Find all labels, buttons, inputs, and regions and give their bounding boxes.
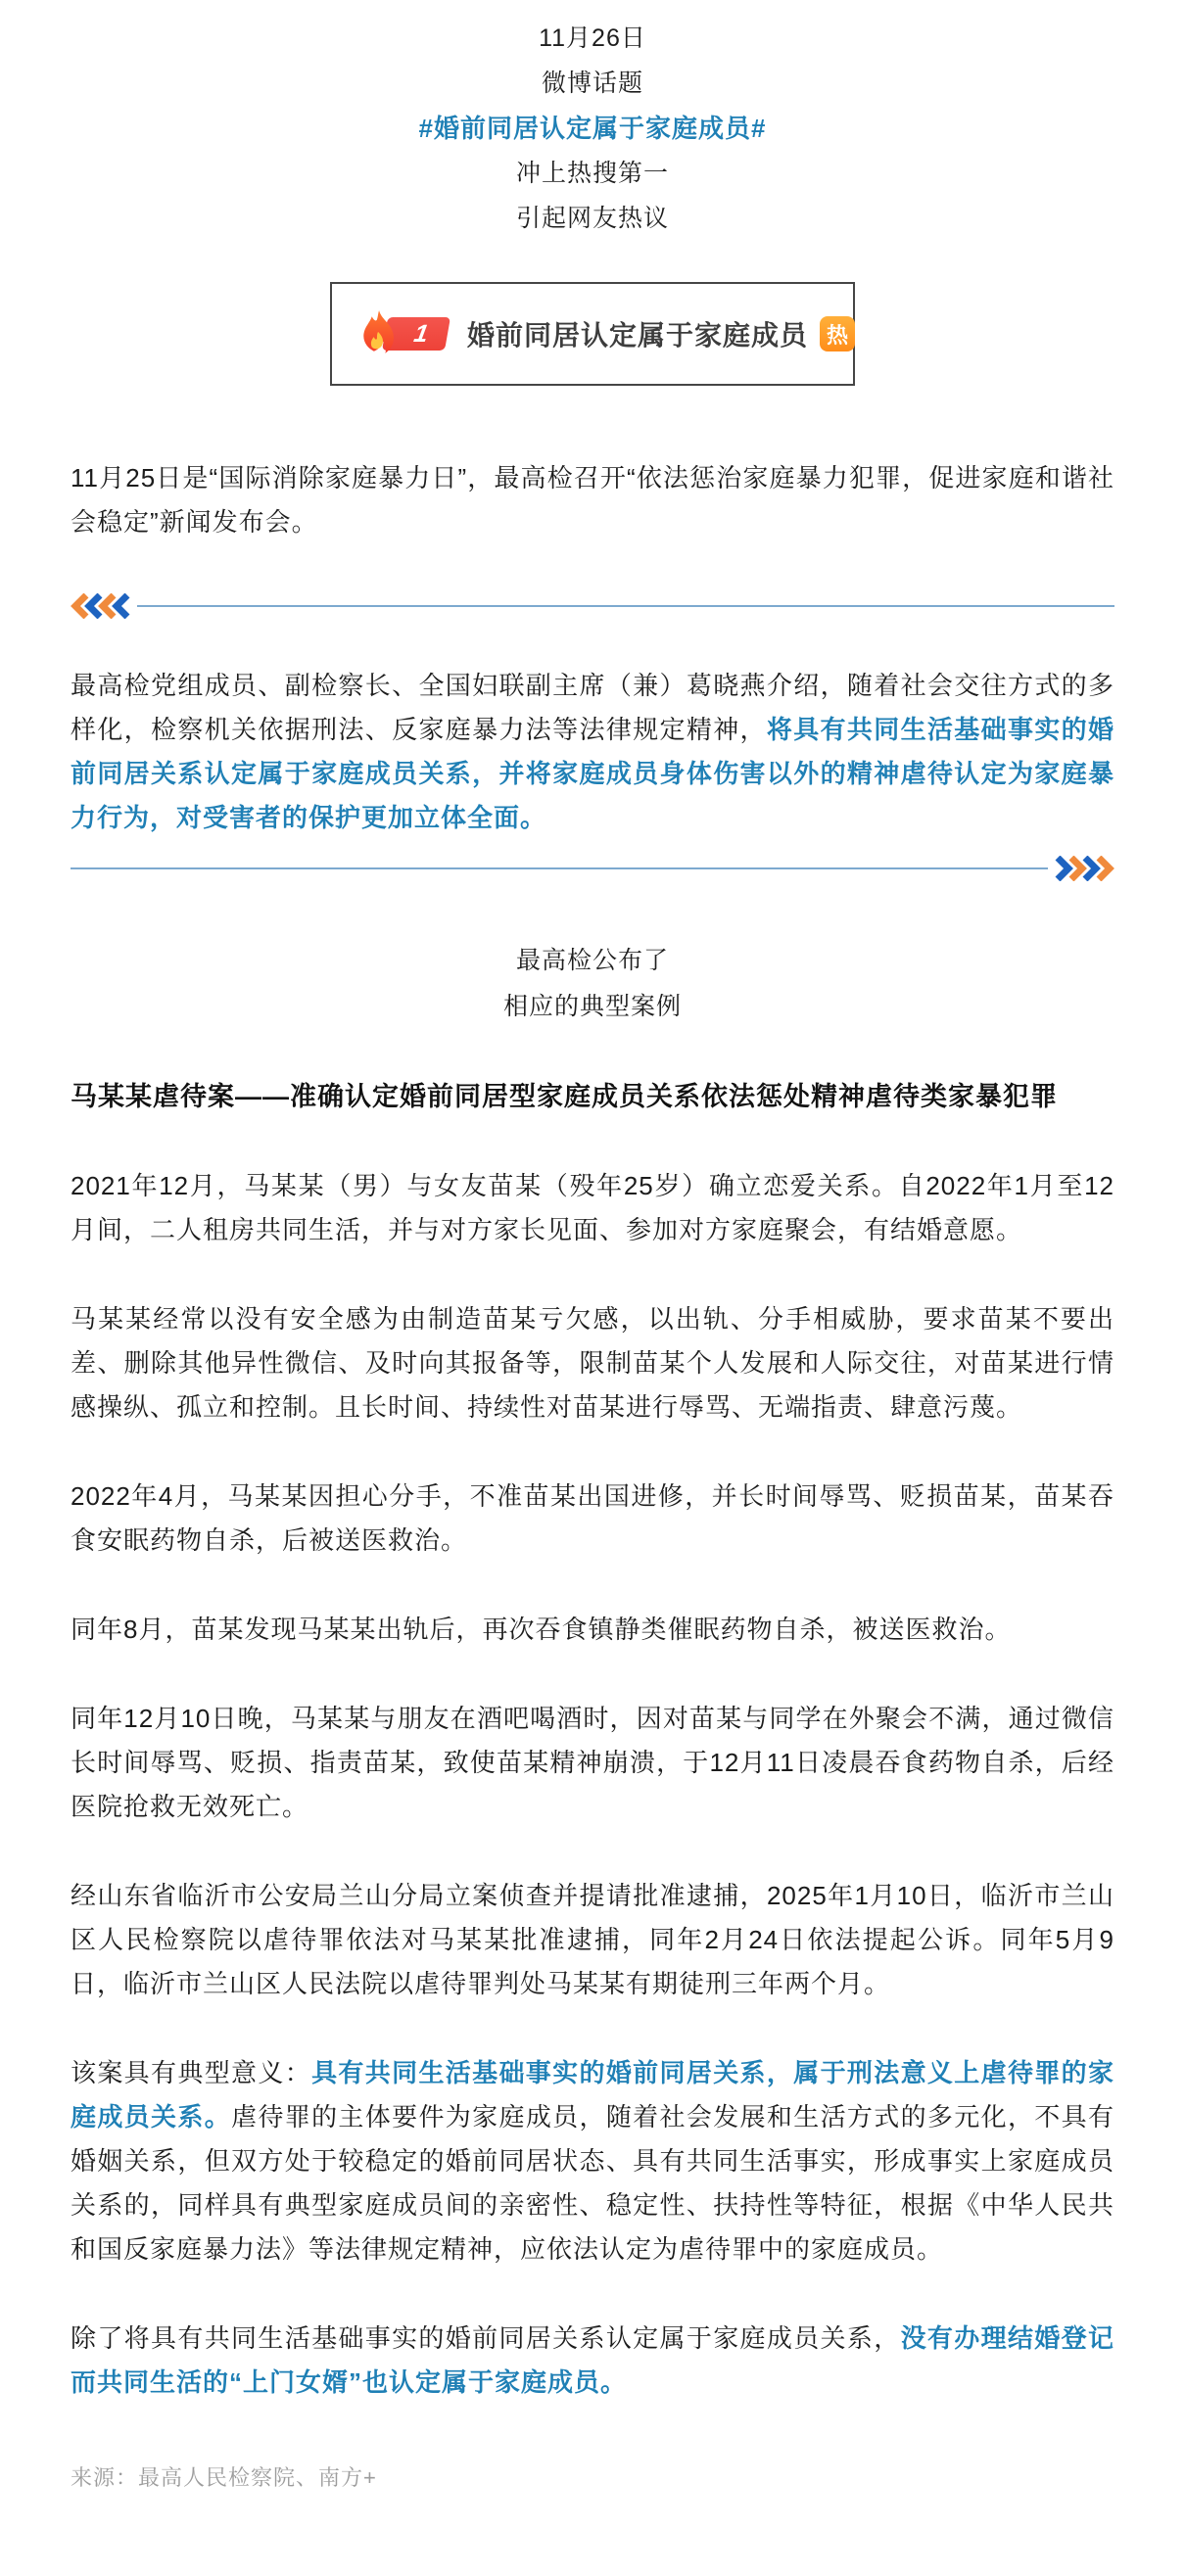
netizen-discussion-line: 引起网友热议 (71, 196, 1114, 241)
cases-line-2: 相应的典型案例 (71, 984, 1114, 1030)
article-footer: 来源：最高人民检察院、南方+ (71, 2461, 1114, 2492)
case-title: 马某某虐待案——准确认定婚前同居型家庭成员关系依法惩处精神虐待类家暴犯罪 (71, 1075, 1114, 1119)
case-paragraph-3: 2022年4月，马某某因担心分手，不准苗某出国进修，并长时间辱骂、贬损苗某，苗某… (71, 1475, 1114, 1563)
weibo-topic-label: 微博话题 (71, 61, 1114, 106)
section-divider-top (71, 593, 1114, 619)
cases-line-1: 最高检公布了 (71, 938, 1114, 984)
case-paragraph-1: 2021年12月，马某某（男）与女友苗某（殁年25岁）确立恋爱关系。自2022年… (71, 1164, 1114, 1252)
hot-search-title: 婚前同居认定属于家庭成员 (467, 314, 808, 353)
flame-icon (357, 309, 399, 358)
chevrons-right-icon (1054, 856, 1114, 881)
chevrons-left-icon (71, 593, 131, 619)
case-paragraph-4: 同年8月，苗某发现马某某出轨后，再次吞食镇静类催眠药物自杀，被送医救治。 (71, 1608, 1114, 1652)
extension-text: 除了将具有共同生活基础事实的婚前同居关系认定属于家庭成员关系， (71, 2323, 901, 2353)
article-lede: 11月26日 微博话题 #婚前同居认定属于家庭成员# 冲上热搜第一 引起网友热议 (71, 16, 1114, 241)
date-line: 11月26日 (71, 16, 1114, 61)
intro-paragraph: 11月25日是“国际消除家庭暴力日”，最高检召开“依法惩治家庭暴力犯罪，促进家庭… (71, 456, 1114, 544)
case-paragraph-6: 经山东省临沂市公安局兰山分局立案侦查并提请批准逮捕，2025年1月10日，临沂市… (71, 1874, 1114, 2006)
section-divider-bottom (71, 856, 1114, 881)
source-line: 来源：最高人民检察院、南方+ (71, 2461, 1114, 2492)
hot-search-screenshot: 1 婚前同居认定属于家庭成员 热 (330, 282, 855, 386)
case-significance-paragraph: 该案具有典型意义：具有共同生活基础事实的婚前同居关系，属于刑法意义上虐待罪的家庭… (71, 2051, 1114, 2272)
hot-rank-group: 1 (357, 309, 451, 358)
divider-rule (71, 867, 1048, 869)
case-paragraph-2: 马某某经常以没有安全感为由制造苗某亏欠感，以出轨、分手相威胁，要求苗某不要出差、… (71, 1297, 1114, 1429)
case-paragraph-5: 同年12月10日晚，马某某与朋友在酒吧喝酒时，因对苗某与同学在外聚会不满，通过微… (71, 1697, 1114, 1829)
article-page: 11月26日 微博话题 #婚前同居认定属于家庭成员# 冲上热搜第一 引起网友热议… (0, 0, 1185, 2576)
hashtag-topic: #婚前同居认定属于家庭成员# (71, 106, 1114, 151)
divider-rule (137, 605, 1114, 607)
hot-badge-icon: 热 (820, 316, 855, 351)
cases-announcement-block: 最高检公布了 相应的典型案例 (71, 938, 1114, 1030)
hot-search-rank-line: 冲上热搜第一 (71, 151, 1114, 196)
significance-lead: 该案具有典型意义： (71, 2058, 311, 2087)
announcement-paragraph: 最高检党组成员、副检察长、全国妇联副主席（兼）葛晓燕介绍，随着社会交往方式的多样… (71, 664, 1114, 840)
extension-paragraph: 除了将具有共同生活基础事实的婚前同居关系认定属于家庭成员关系，没有办理结婚登记而… (71, 2317, 1114, 2405)
